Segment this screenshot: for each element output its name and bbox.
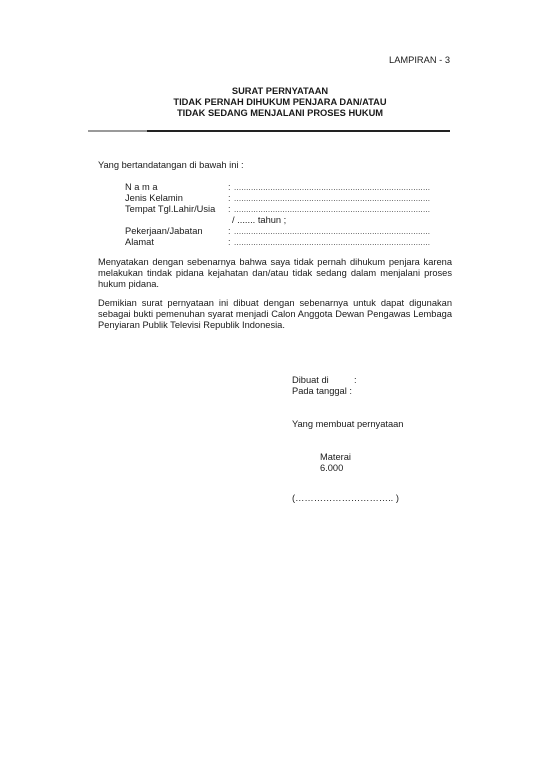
field-blank: ........................................… xyxy=(234,226,431,237)
field-blank: ........................................… xyxy=(234,182,431,193)
field-blank: ........................................… xyxy=(234,204,431,215)
field-label: Jenis Kelamin xyxy=(125,193,228,204)
stamp-line-2: 6.000 xyxy=(320,463,351,474)
field-blank: ........................................… xyxy=(234,237,431,248)
field-address: Alamat : ...............................… xyxy=(125,237,431,248)
title-line-1: SURAT PERNYATAAN xyxy=(100,86,460,97)
identity-fields: N a m a : ..............................… xyxy=(125,182,431,248)
stamp-line-1: Materai xyxy=(320,452,351,463)
field-label: N a m a xyxy=(125,182,228,193)
made-at-colon: : xyxy=(354,375,357,386)
intro-text: Yang bertandatangan di bawah ini : xyxy=(98,160,244,171)
signature-name-line: (………………………….. ) xyxy=(292,493,399,504)
title-line-3: TIDAK SEDANG MENJALANI PROSES HUKUM xyxy=(100,108,460,119)
title-divider xyxy=(88,130,450,132)
date-row: Pada tanggal : xyxy=(292,386,462,397)
title-line-2: TIDAK PERNAH DIHUKUM PENJARA DAN/ATAU xyxy=(100,97,460,108)
field-label: Alamat xyxy=(125,237,228,248)
field-birth: Tempat Tgl.Lahir/Usia : ................… xyxy=(125,204,431,215)
made-at-row: Dibuat di : xyxy=(292,375,462,386)
stamp-placeholder: Materai 6.000 xyxy=(320,452,351,474)
date-label: Pada tanggal : xyxy=(292,386,352,397)
document-page: LAMPIRAN - 3 SURAT PERNYATAAN TIDAK PERN… xyxy=(0,0,550,777)
made-at-label: Dibuat di xyxy=(292,375,354,386)
field-label: Tempat Tgl.Lahir/Usia xyxy=(125,204,228,215)
place-date-block: Dibuat di : Pada tanggal : xyxy=(292,375,462,397)
field-label: Pekerjaan/Jabatan xyxy=(125,226,228,237)
attachment-label: LAMPIRAN - 3 xyxy=(389,55,450,66)
field-occupation: Pekerjaan/Jabatan : ....................… xyxy=(125,226,431,237)
maker-label: Yang membuat pernyataan xyxy=(292,419,403,430)
document-title: SURAT PERNYATAAN TIDAK PERNAH DIHUKUM PE… xyxy=(100,86,460,119)
closing-paragraph: Demikian surat pernyataan ini dibuat den… xyxy=(98,298,452,331)
field-gender: Jenis Kelamin : ........................… xyxy=(125,193,431,204)
field-age-continuation: / ....... tahun ; xyxy=(125,215,431,226)
statement-paragraph: Menyatakan dengan sebenarnya bahwa saya … xyxy=(98,257,452,290)
field-blank: ........................................… xyxy=(234,193,431,204)
field-name: N a m a : ..............................… xyxy=(125,182,431,193)
